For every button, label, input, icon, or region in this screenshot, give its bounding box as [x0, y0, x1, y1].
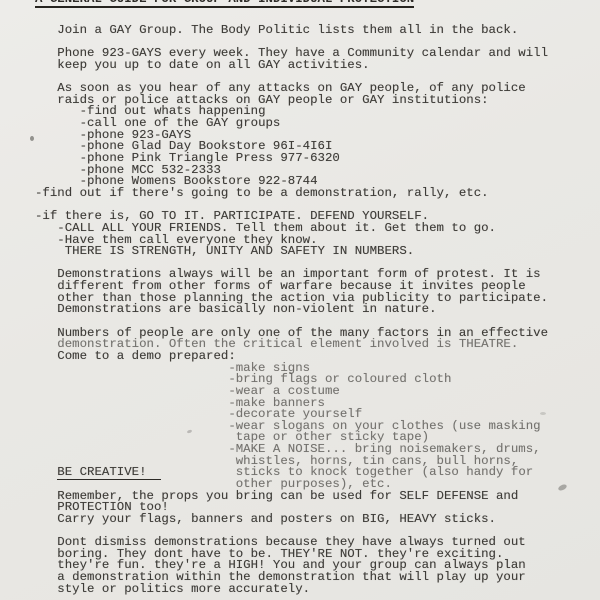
text-line: other purposes), etc. — [236, 479, 548, 491]
be-creative-heading: BE CREATIVE! — [57, 465, 161, 480]
page-top-clipped-heading: A GENERAL GUIDE FOR GROUP AND INDIVIDUAL… — [35, 0, 455, 8]
scan-smudge — [30, 136, 34, 141]
text-line: Join a GAY Group. The Body Politic lists… — [57, 25, 548, 37]
clipped-title-text: A GENERAL GUIDE FOR GROUP AND INDIVIDUAL… — [35, 0, 414, 8]
scanned-document: { "doc": { "paper_color": "#e9e8e4", "in… — [0, 0, 600, 600]
scan-smudge — [540, 412, 546, 415]
text-line: -find out if there's going to be a demon… — [35, 188, 548, 200]
text-line: style or politics more accurately. — [57, 584, 548, 596]
document-page: A GENERAL GUIDE FOR GROUP AND INDIVIDUAL… — [0, 0, 600, 600]
text-line: Demonstrations are basically non-violent… — [57, 304, 548, 316]
text-line: keep you up to date on all GAY activitie… — [57, 60, 548, 72]
text-line: Carry your flags, banners and posters on… — [57, 514, 548, 526]
text-line: THERE IS STRENGTH, UNITY AND SAFETY IN N… — [65, 246, 548, 258]
typewritten-text: Join a GAY Group. The Body Politic lists… — [35, 25, 548, 595]
scan-smudge — [557, 483, 567, 491]
text-line: demonstration. Often the critical elemen… — [57, 339, 548, 351]
